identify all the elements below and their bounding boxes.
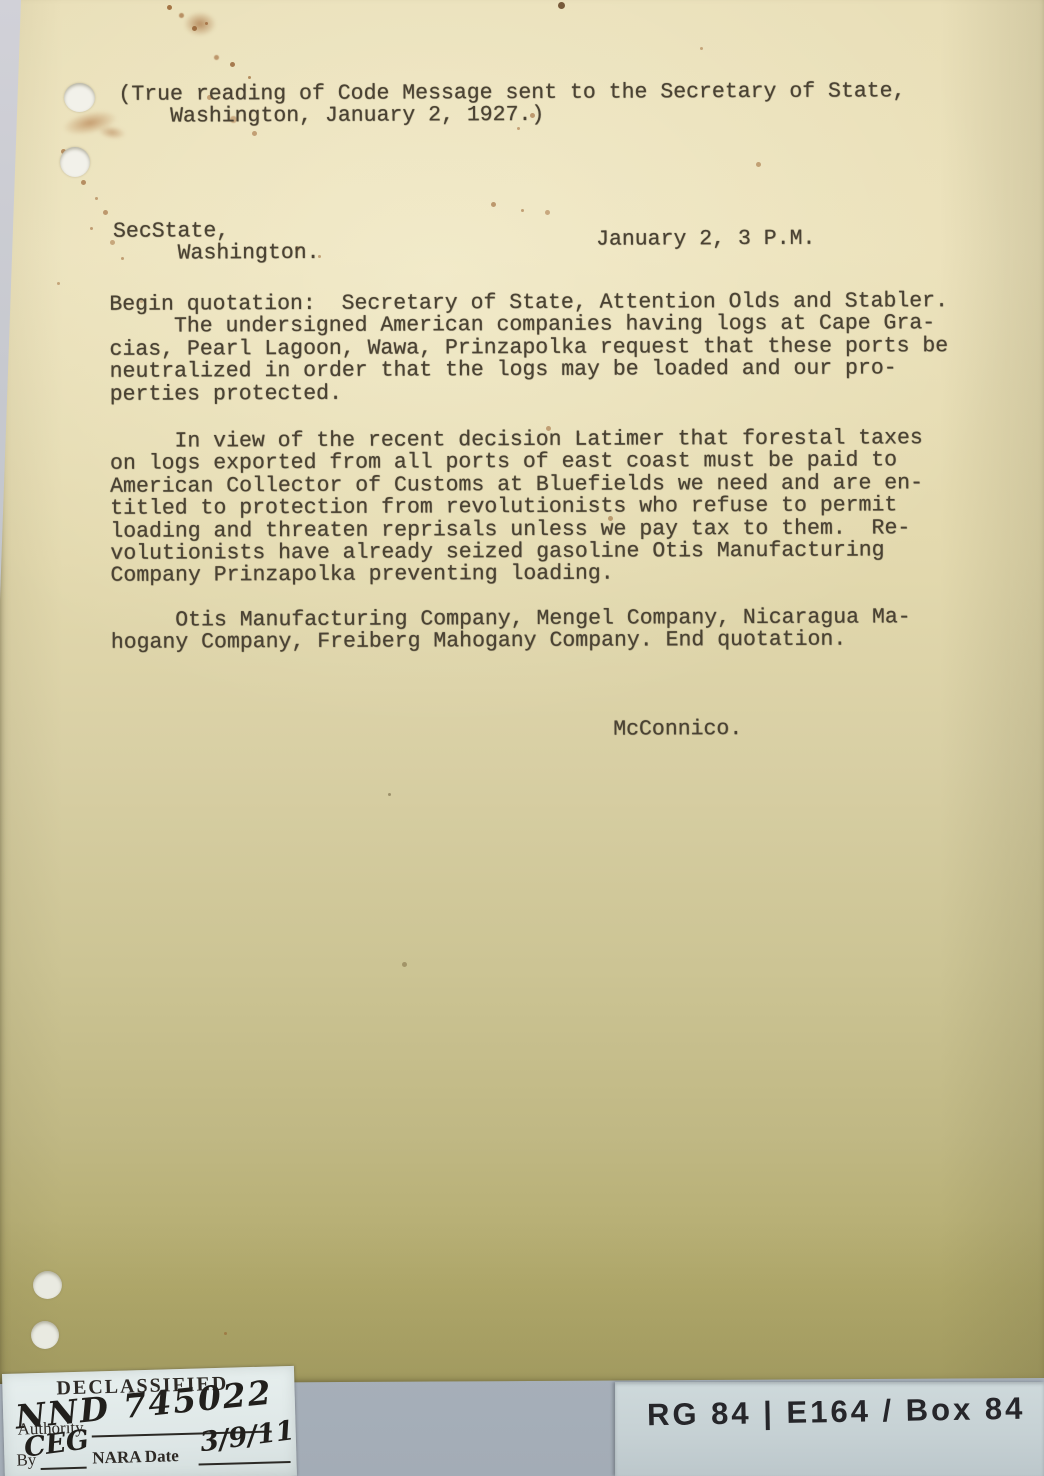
paragraph-3: Otis Manufacturing Company, Mengel Compa…: [111, 606, 911, 654]
declassified-stamp: DECLASSIFIED NND 745022 Authority By CEG…: [2, 1366, 297, 1476]
typed-text-layer: (True reading of Code Message sent to th…: [0, 0, 1044, 1386]
paper-sheet: (True reading of Code Message sent to th…: [0, 0, 1044, 1384]
dateline: January 2, 3 P.M.: [596, 228, 815, 251]
paragraph-2: In view of the recent decision Latimer t…: [110, 427, 924, 587]
addressee-block: SecState, Washington.: [113, 220, 320, 266]
nara-date-label: NARA Date: [92, 1446, 179, 1468]
scanned-document: (True reading of Code Message sent to th…: [0, 0, 1044, 1476]
signature: McConnico.: [613, 718, 742, 741]
paragraph-1: Begin quotation: Secretary of State, Att…: [109, 290, 948, 406]
archive-box-card: RG 84 | E164 / Box 84: [615, 1382, 1044, 1476]
document-header-note: (True reading of Code Message sent to th…: [118, 80, 905, 128]
foxing-specks: [0, 0, 3, 3]
archive-box-label: RG 84 | E164 / Box 84: [647, 1391, 1026, 1434]
